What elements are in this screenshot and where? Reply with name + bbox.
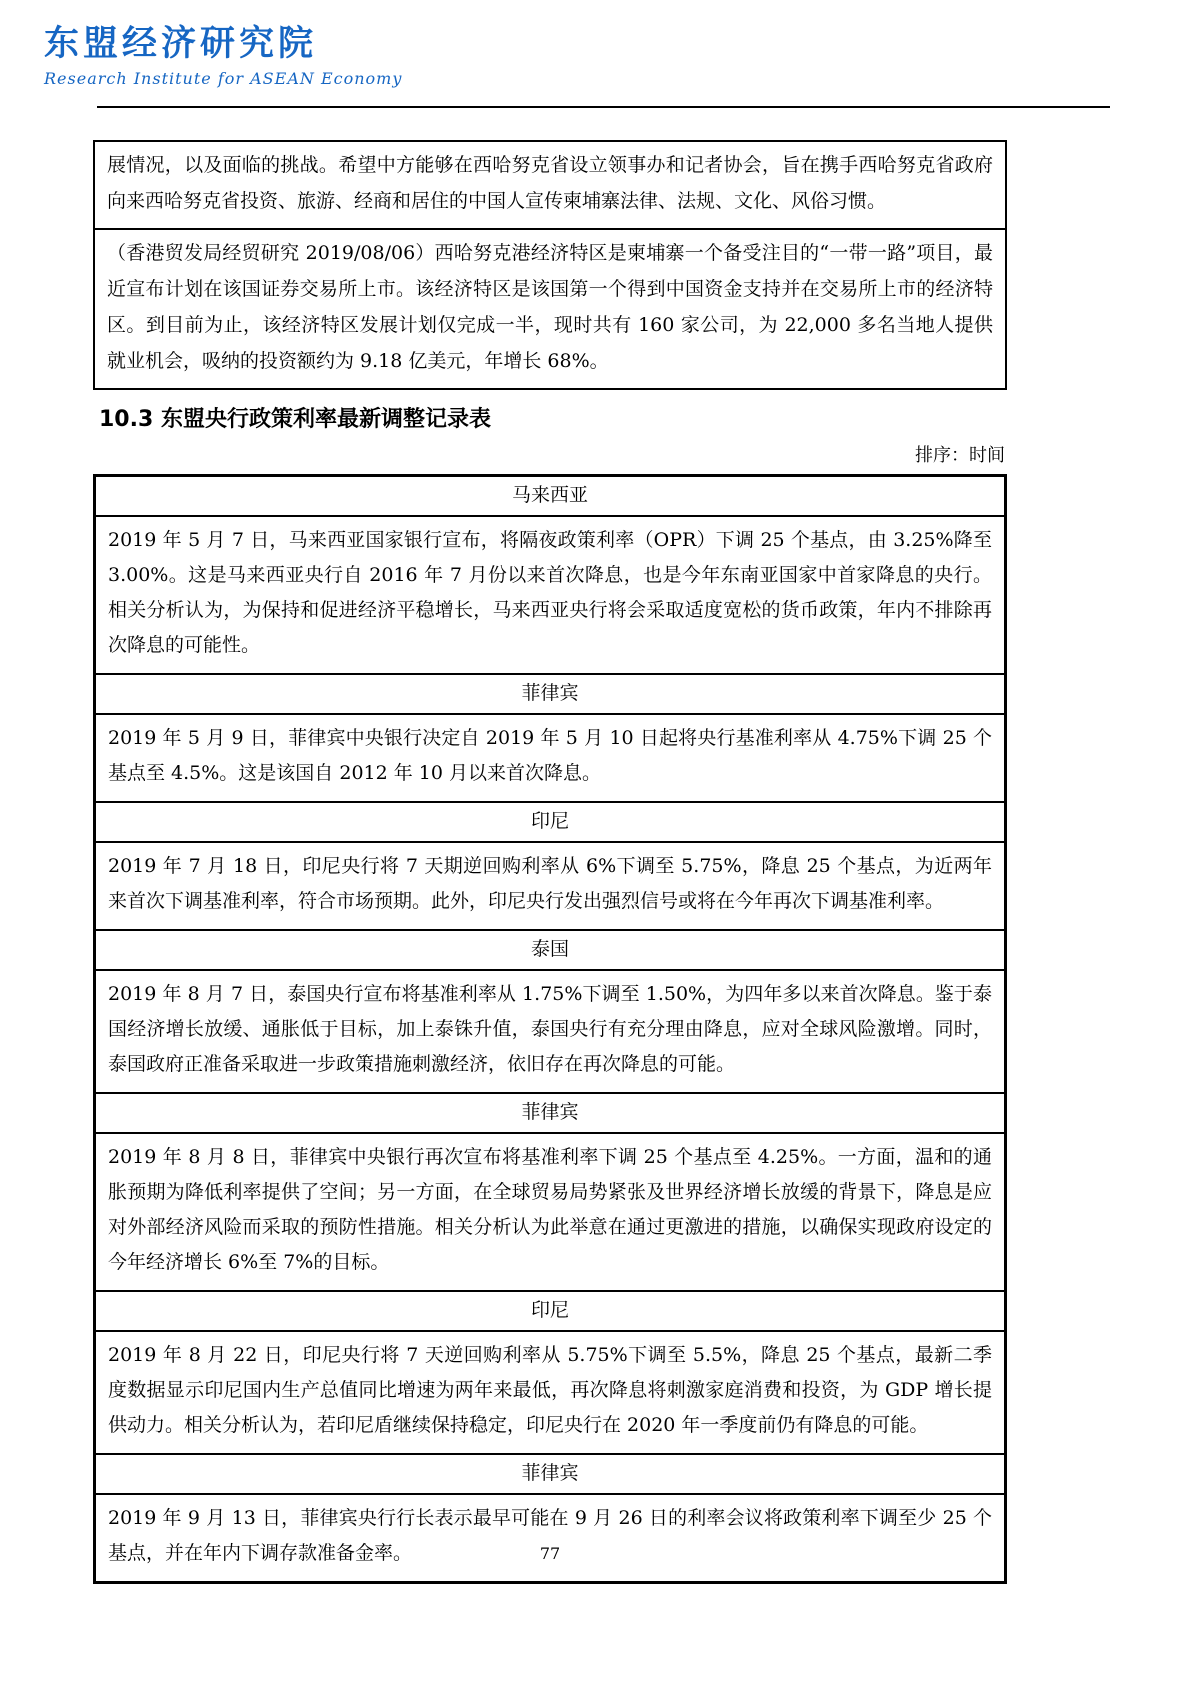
header-divider (97, 106, 1110, 108)
continued-paragraph-box: 展情况，以及面临的挑战。希望中方能够在西哈努克省设立领事办和记者协会，旨在携手西… (93, 140, 1007, 230)
sort-order-label: 排序：时间 (93, 444, 1005, 468)
table-country-header: 泰国 (96, 929, 1004, 969)
table-record-text: 2019 年 5 月 9 日，菲律宾中央银行决定自 2019 年 5 月 10 … (96, 713, 1004, 801)
table-record-text: 2019 年 9 月 13 日，菲律宾央行行长表示最早可能在 9 月 26 日的… (96, 1493, 1004, 1581)
org-logo-english-subtitle: Research Institute for ASEAN Economy (44, 69, 402, 88)
page-content: 展情况，以及面临的挑战。希望中方能够在西哈努克省设立领事办和记者协会，旨在携手西… (93, 140, 1007, 1584)
section-heading: 10.3 东盟央行政策利率最新调整记录表 (99, 406, 1007, 434)
page-number: 77 (93, 1544, 1007, 1563)
table-country-header: 菲律宾 (96, 673, 1004, 713)
table-country-header: 菲律宾 (96, 1453, 1004, 1493)
document-page: 东盟经济研究院 Research Institute for ASEAN Eco… (0, 0, 1191, 1684)
table-country-header: 马来西亚 (96, 477, 1004, 515)
policy-rate-table: 马来西亚 2019 年 5 月 7 日，马来西亚国家银行宣布，将隔夜政策利率（O… (93, 474, 1007, 1584)
table-country-header: 印尼 (96, 1290, 1004, 1330)
table-country-header: 菲律宾 (96, 1092, 1004, 1132)
table-record-text: 2019 年 8 月 7 日，泰国央行宣布将基准利率从 1.75%下调至 1.5… (96, 969, 1004, 1092)
table-record-text: 2019 年 7 月 18 日，印尼央行将 7 天期逆回购利率从 6%下调至 5… (96, 841, 1004, 929)
table-record-text: 2019 年 5 月 7 日，马来西亚国家银行宣布，将隔夜政策利率（OPR）下调… (96, 515, 1004, 673)
sez-news-paragraph-box: （香港贸发局经贸研究 2019/08/06）西哈努克港经济特区是柬埔寨一个备受注… (93, 228, 1007, 390)
org-logo: 东盟经济研究院 Research Institute for ASEAN Eco… (44, 24, 402, 88)
table-record-text: 2019 年 8 月 22 日，印尼央行将 7 天逆回购利率从 5.75%下调至… (96, 1330, 1004, 1453)
table-country-header: 印尼 (96, 801, 1004, 841)
table-record-text: 2019 年 8 月 8 日，菲律宾中央银行再次宣布将基准利率下调 25 个基点… (96, 1132, 1004, 1290)
org-logo-chinese-title: 东盟经济研究院 (44, 24, 402, 64)
